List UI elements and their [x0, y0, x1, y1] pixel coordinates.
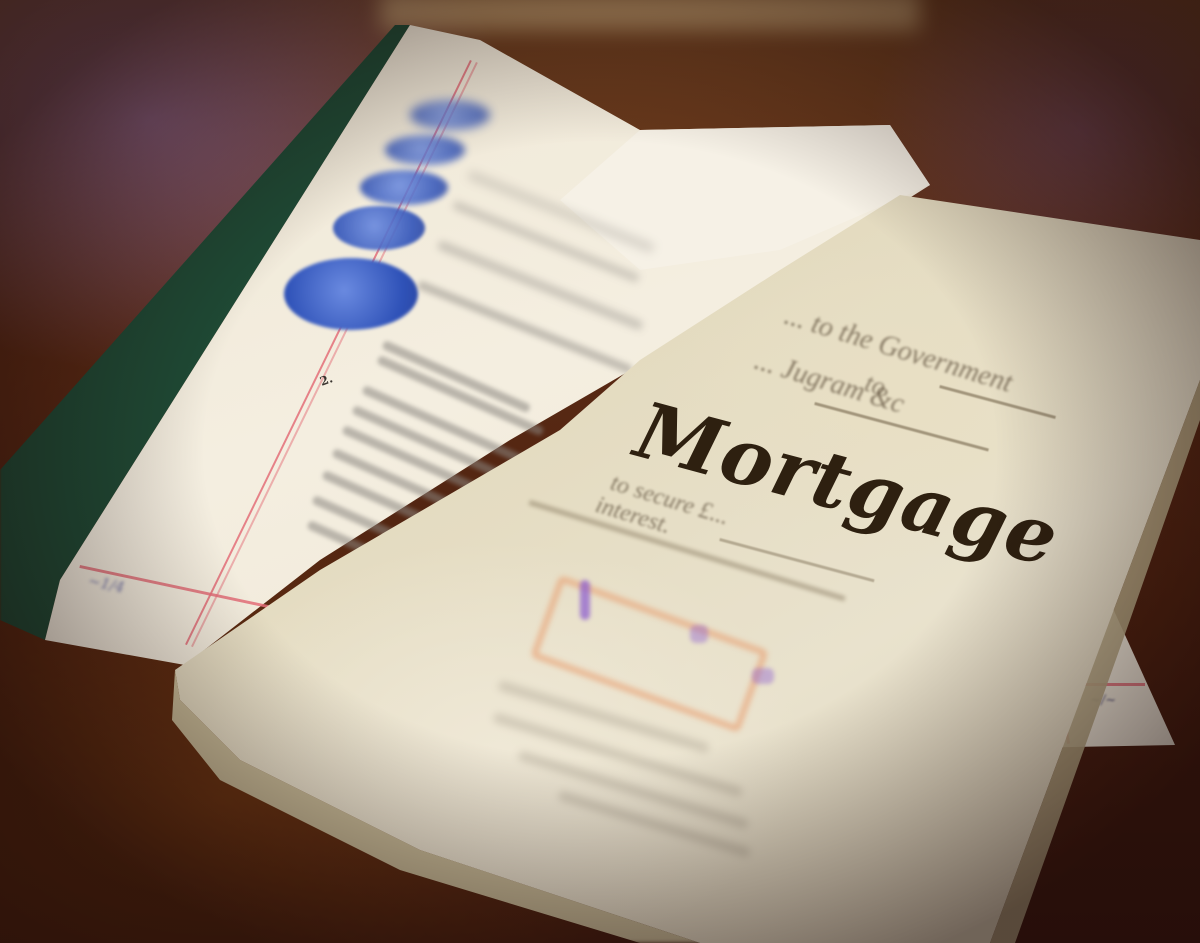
blue-seal: [360, 170, 448, 205]
purple-stamp-mark: [752, 668, 774, 684]
purple-stamp-mark: [580, 580, 590, 620]
blue-seal: [385, 135, 465, 165]
blue-seal: [410, 100, 490, 130]
blue-seal: [333, 206, 425, 250]
blue-seal: [284, 258, 418, 330]
photo-scene: 2. ~1/4 ~/~ ... to the Government to ...…: [0, 0, 1200, 943]
purple-stamp-mark: [690, 625, 708, 643]
